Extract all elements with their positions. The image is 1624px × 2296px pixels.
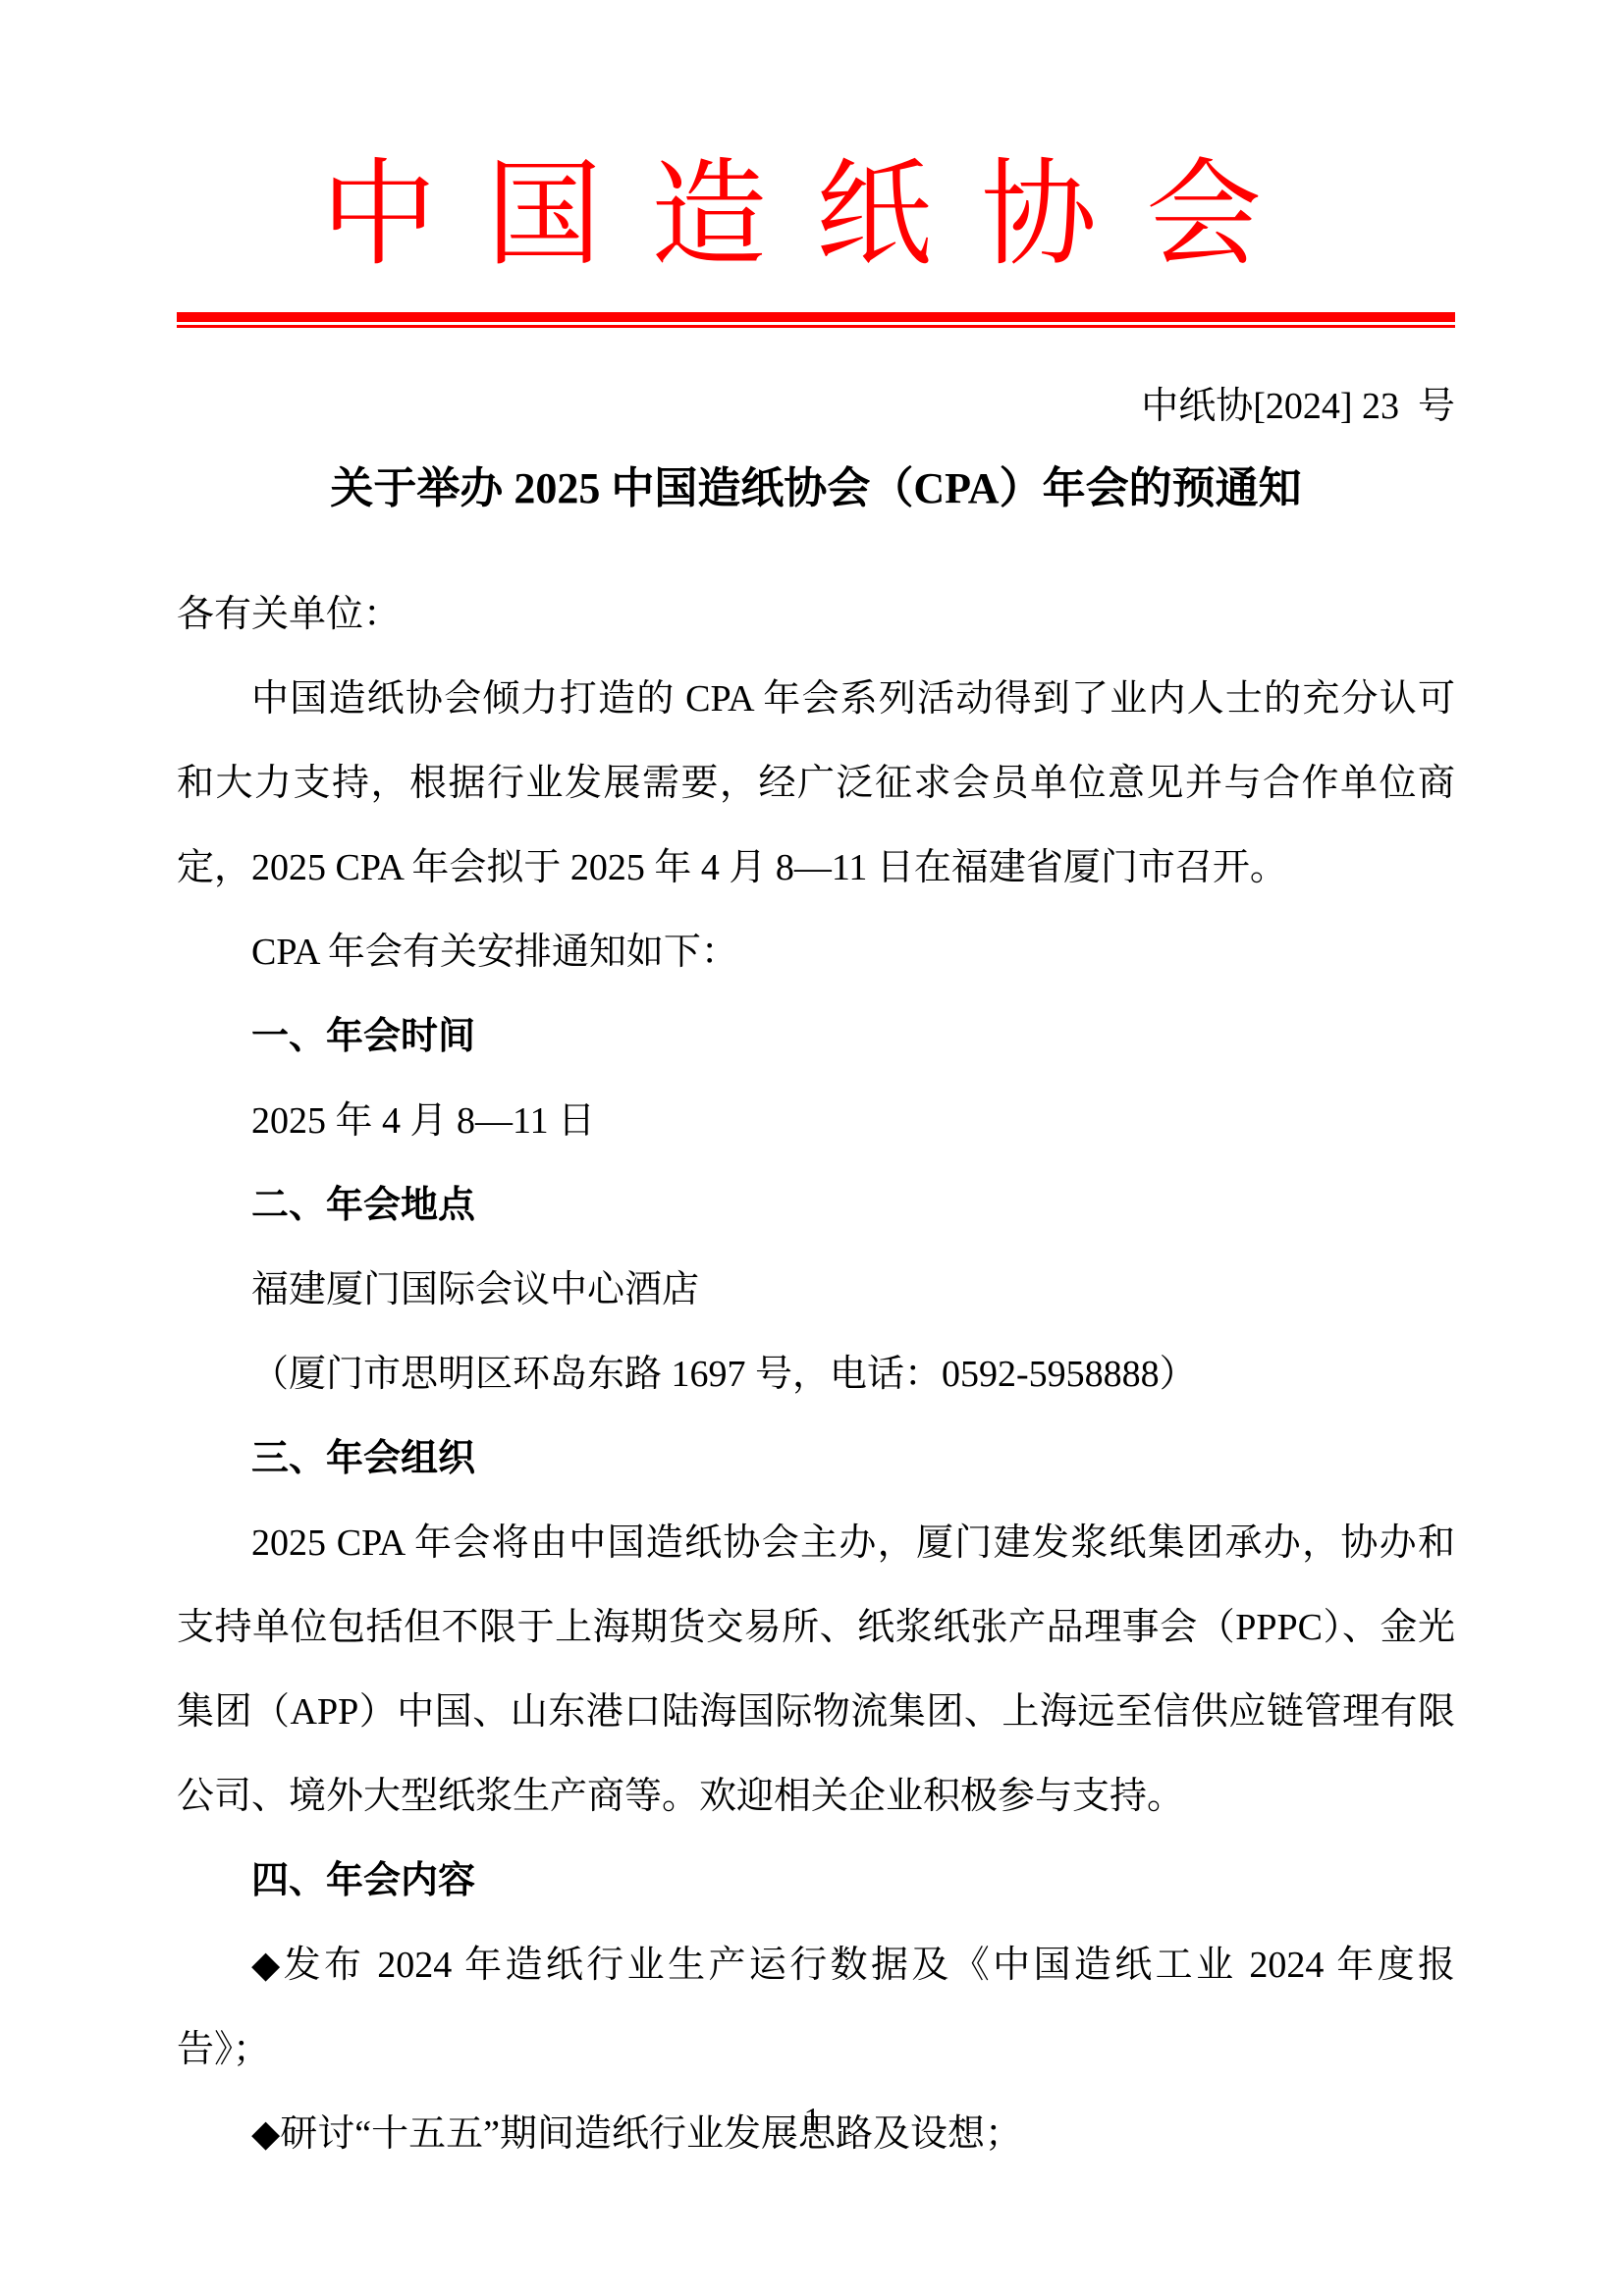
- header-divider: [177, 312, 1455, 328]
- section-heading-4: 四、年会内容: [177, 1839, 1455, 1923]
- section-heading-3: 三、年会组织: [177, 1416, 1455, 1501]
- body-paragraph: CPA 年会有关安排通知如下：: [177, 910, 1455, 994]
- body-paragraph: 中国造纸协会倾力打造的 CPA 年会系列活动得到了业内人士的充分认可和大力支持，…: [177, 657, 1455, 910]
- document-number: 中纸协[2024] 23 号: [177, 382, 1455, 431]
- salutation: 各有关单位：: [177, 572, 1455, 657]
- divider-thin-line: [177, 325, 1455, 328]
- divider-thick-line: [177, 312, 1455, 322]
- page-number: 1: [0, 2101, 1624, 2140]
- document-page: 中国造纸协会 中纸协[2024] 23 号 关于举办 2025 中国造纸协会（C…: [0, 0, 1624, 2296]
- notice-body: 各有关单位： 中国造纸协会倾力打造的 CPA 年会系列活动得到了业内人士的充分认…: [177, 572, 1455, 2176]
- body-paragraph: 2025 CPA 年会将由中国造纸协会主办，厦门建发浆纸集团承办，协办和支持单位…: [177, 1501, 1455, 1839]
- body-paragraph: （厦门市思明区环岛东路 1697 号，电话：0592-5958888）: [177, 1332, 1455, 1416]
- body-paragraph: 2025 年 4 月 8—11 日: [177, 1079, 1455, 1163]
- section-heading-2: 二、年会地点: [177, 1163, 1455, 1248]
- notice-title: 关于举办 2025 中国造纸协会（CPA）年会的预通知: [177, 459, 1455, 518]
- section-heading-1: 一、年会时间: [177, 994, 1455, 1079]
- body-paragraph: 福建厦门国际会议中心酒店: [177, 1248, 1455, 1332]
- bullet-item: ◆发布 2024 年造纸行业生产运行数据及《中国造纸工业 2024 年度报告》；: [177, 1923, 1455, 2092]
- association-title: 中国造纸协会: [177, 147, 1455, 285]
